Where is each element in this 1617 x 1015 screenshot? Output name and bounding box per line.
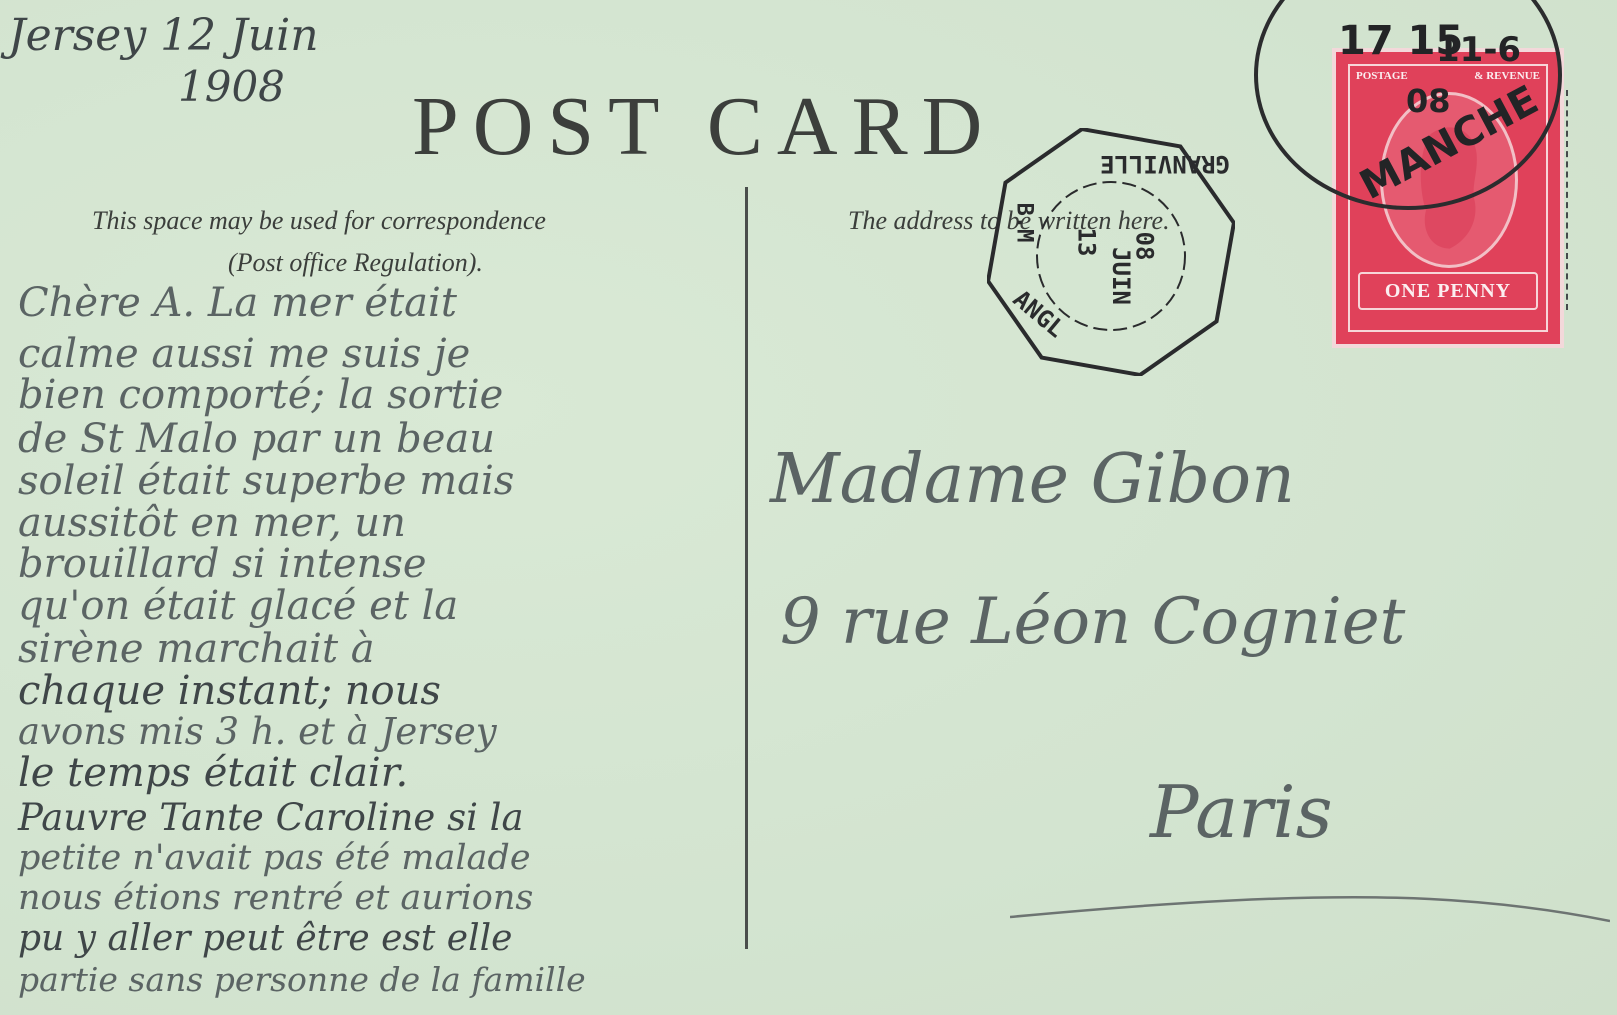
postmark-year: 08 [1406,82,1451,120]
message-line: calme aussi me suis je [18,331,470,377]
stamp-denomination: ONE PENNY [1358,272,1538,310]
message-line: partie sans personne de la famille [18,960,586,999]
postmark-day: 13 [1072,228,1100,257]
address-name: Madame Gibon [770,440,1295,519]
stamp-placement-guide [1566,90,1568,310]
message-line: le temps était clair. [18,750,408,796]
message-line: chaque instant; nous [18,668,441,714]
message-line: soleil était superbe mais [18,458,514,504]
message-line: Chère A. La mer était [18,280,457,326]
dateline-place-date: Jersey 12 Juin [8,10,319,61]
postmark-date: 11-6 [1436,30,1521,70]
message-line: avons mis 3 h. et à Jersey [18,710,497,753]
address-street: 9 rue Léon Cogniet [780,585,1405,659]
message-line: brouillard si intense [18,541,427,587]
postmark-route-right: GRANVILLE [1100,150,1230,178]
postmark-marker: B.M [1011,203,1036,243]
message-line: petite n'avait pas été malade [18,838,531,878]
center-divider [745,187,748,949]
postcard-back: Jersey 12 Juin 1908 POST CARD This space… [0,0,1617,1015]
message-line: pu y aller peut être est elle [18,918,512,959]
message-line: nous étions rentré et aurions [18,878,533,918]
message-line: sirène marchait à [18,626,375,672]
address-city: Paris [1150,770,1333,854]
message-line: Pauvre Tante Caroline si la [18,796,524,839]
correspondence-label: This space may be used for correspondenc… [92,206,546,236]
message-line: qu'on était glacé et la [18,583,458,629]
post-office-regulation-label: (Post office Regulation). [228,248,483,278]
message-line: aussitôt en mer, un [18,500,406,546]
postcard-title: POST CARD [412,78,996,175]
message-line: de St Malo par un beau [18,416,495,462]
postmark-year-oct: 08 [1130,232,1158,261]
dateline-year: 1908 [178,62,285,111]
message-line: bien comporté; la sortie [18,372,503,418]
address-flourish-underline [1010,895,1610,955]
